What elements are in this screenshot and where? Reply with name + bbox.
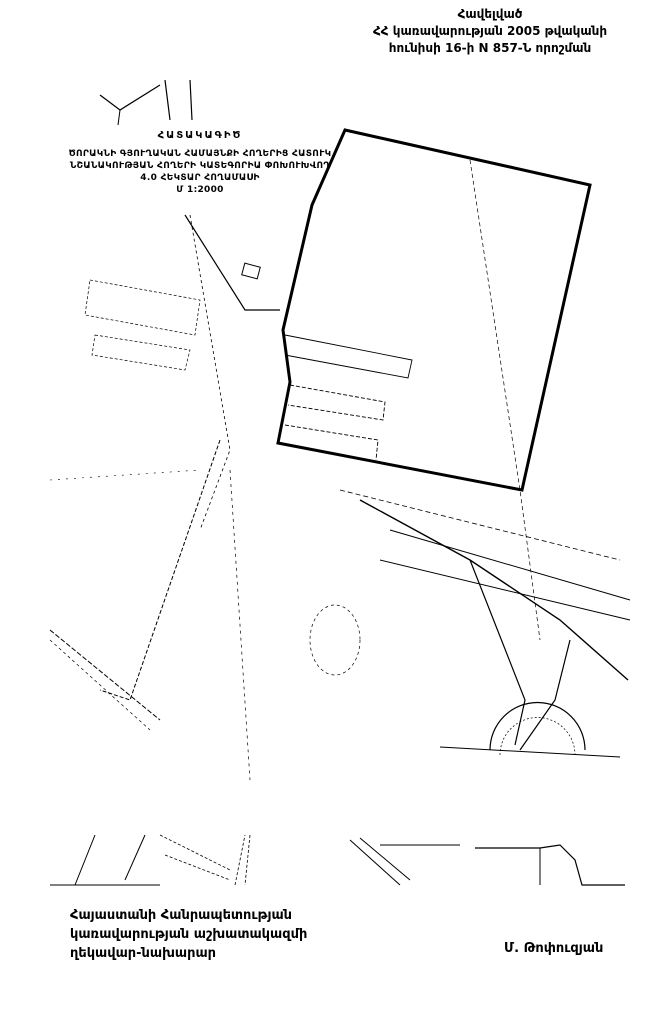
position-line-1: Հայաստանի Հանրապետության [70,906,307,925]
signatory-name: Մ. Թոփուզյան [504,941,603,956]
signatory-position: Հայաստանի Հանրապետության կառավարության ա… [70,906,307,963]
position-line-2: կառավարության աշխատակազմի [70,925,307,944]
map-scale: Մ 1:2000 [60,184,340,196]
map-title-block: ՀԱՏԱԿԱԳԻԾ ԾՈՐԱԿՆԻ ԳՅՈՒՂԱԿԱՆ ՀԱՄԱՅՆՔԻ ՀՈՂ… [60,130,340,196]
map-title-line-2: ՆՇԱՆԱԿՈՒԹՅԱՆ ՀՈՂԵՐԻ ԿԱՏԵԳՈՐԻԱ ՓՈԽՈՒԽՎՈՂ [60,160,340,172]
map-title-line-1: ԾՈՐԱԿՆԻ ԳՅՈՒՂԱԿԱՆ ՀԱՄԱՅՆՔԻ ՀՈՂԵՐԻՑ ՀԱՏՈՒ… [60,148,340,160]
map-heading: ՀԱՏԱԿԱԳԻԾ [60,130,340,142]
position-line-3: ղեկավար-նախարար [70,944,307,963]
map-title-line-3: 4.0 ՀԵԿՏԱՐ ՀՈՂԱՄԱՍԻ [60,172,340,184]
